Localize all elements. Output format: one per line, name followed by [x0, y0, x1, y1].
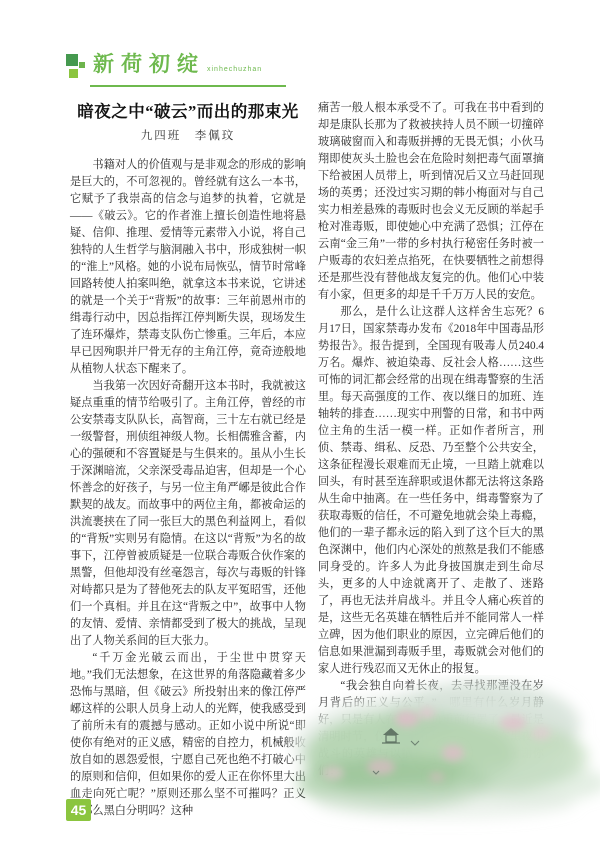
paragraph-2: 当我第一次因好奇翻开这本书时，我就被这疑点重重的情节给吸引了。主角江停，曾经的市…: [70, 378, 306, 650]
article-title: 暗夜之中“破云”而出的那束光: [70, 100, 306, 124]
left-column: 暗夜之中“破云”而出的那束光 九四班 李佩玟 书籍对人的价值观与是非观念的形成的…: [70, 100, 306, 820]
article-byline: 九四班 李佩玟: [70, 128, 306, 145]
header-underline: [90, 85, 286, 87]
paragraph-5: 那么，是什么让这群人这样舍生忘死？6月17日，国家禁毒办发布《2018年中国毒品…: [318, 304, 544, 678]
magazine-brand: 新荷初绽xinhechuzhan: [93, 48, 262, 78]
paragraph-3: “千万金光破云而出，于尘世中贯穿天地。”我们无法想象，在这世界的角落隐藏着多少恐…: [70, 650, 306, 820]
watercolor-mountain-illustration: [285, 675, 600, 848]
magazine-header: 新荷初绽xinhechuzhan: [66, 48, 296, 90]
page-number-badge: 45: [66, 799, 91, 821]
magazine-title: 新荷初绽: [93, 53, 205, 76]
magazine-title-pinyin: xinhechuzhan: [207, 66, 262, 73]
green-squares-logo-icon: [66, 50, 88, 84]
paragraph-4: 痛苦一般人根本承受不了。可我在书中看到的却是康队长那为了救被挟持人员不顾一切撞碎…: [318, 100, 544, 304]
paragraph-1: 书籍对人的价值观与是非观念的形成的影响是巨大的，不可忽视的。曾经就有这么一本书，…: [70, 157, 306, 378]
magazine-page: 新荷初绽xinhechuzhan 暗夜之中“破云”而出的那束光 九四班 李佩玟 …: [0, 0, 600, 848]
